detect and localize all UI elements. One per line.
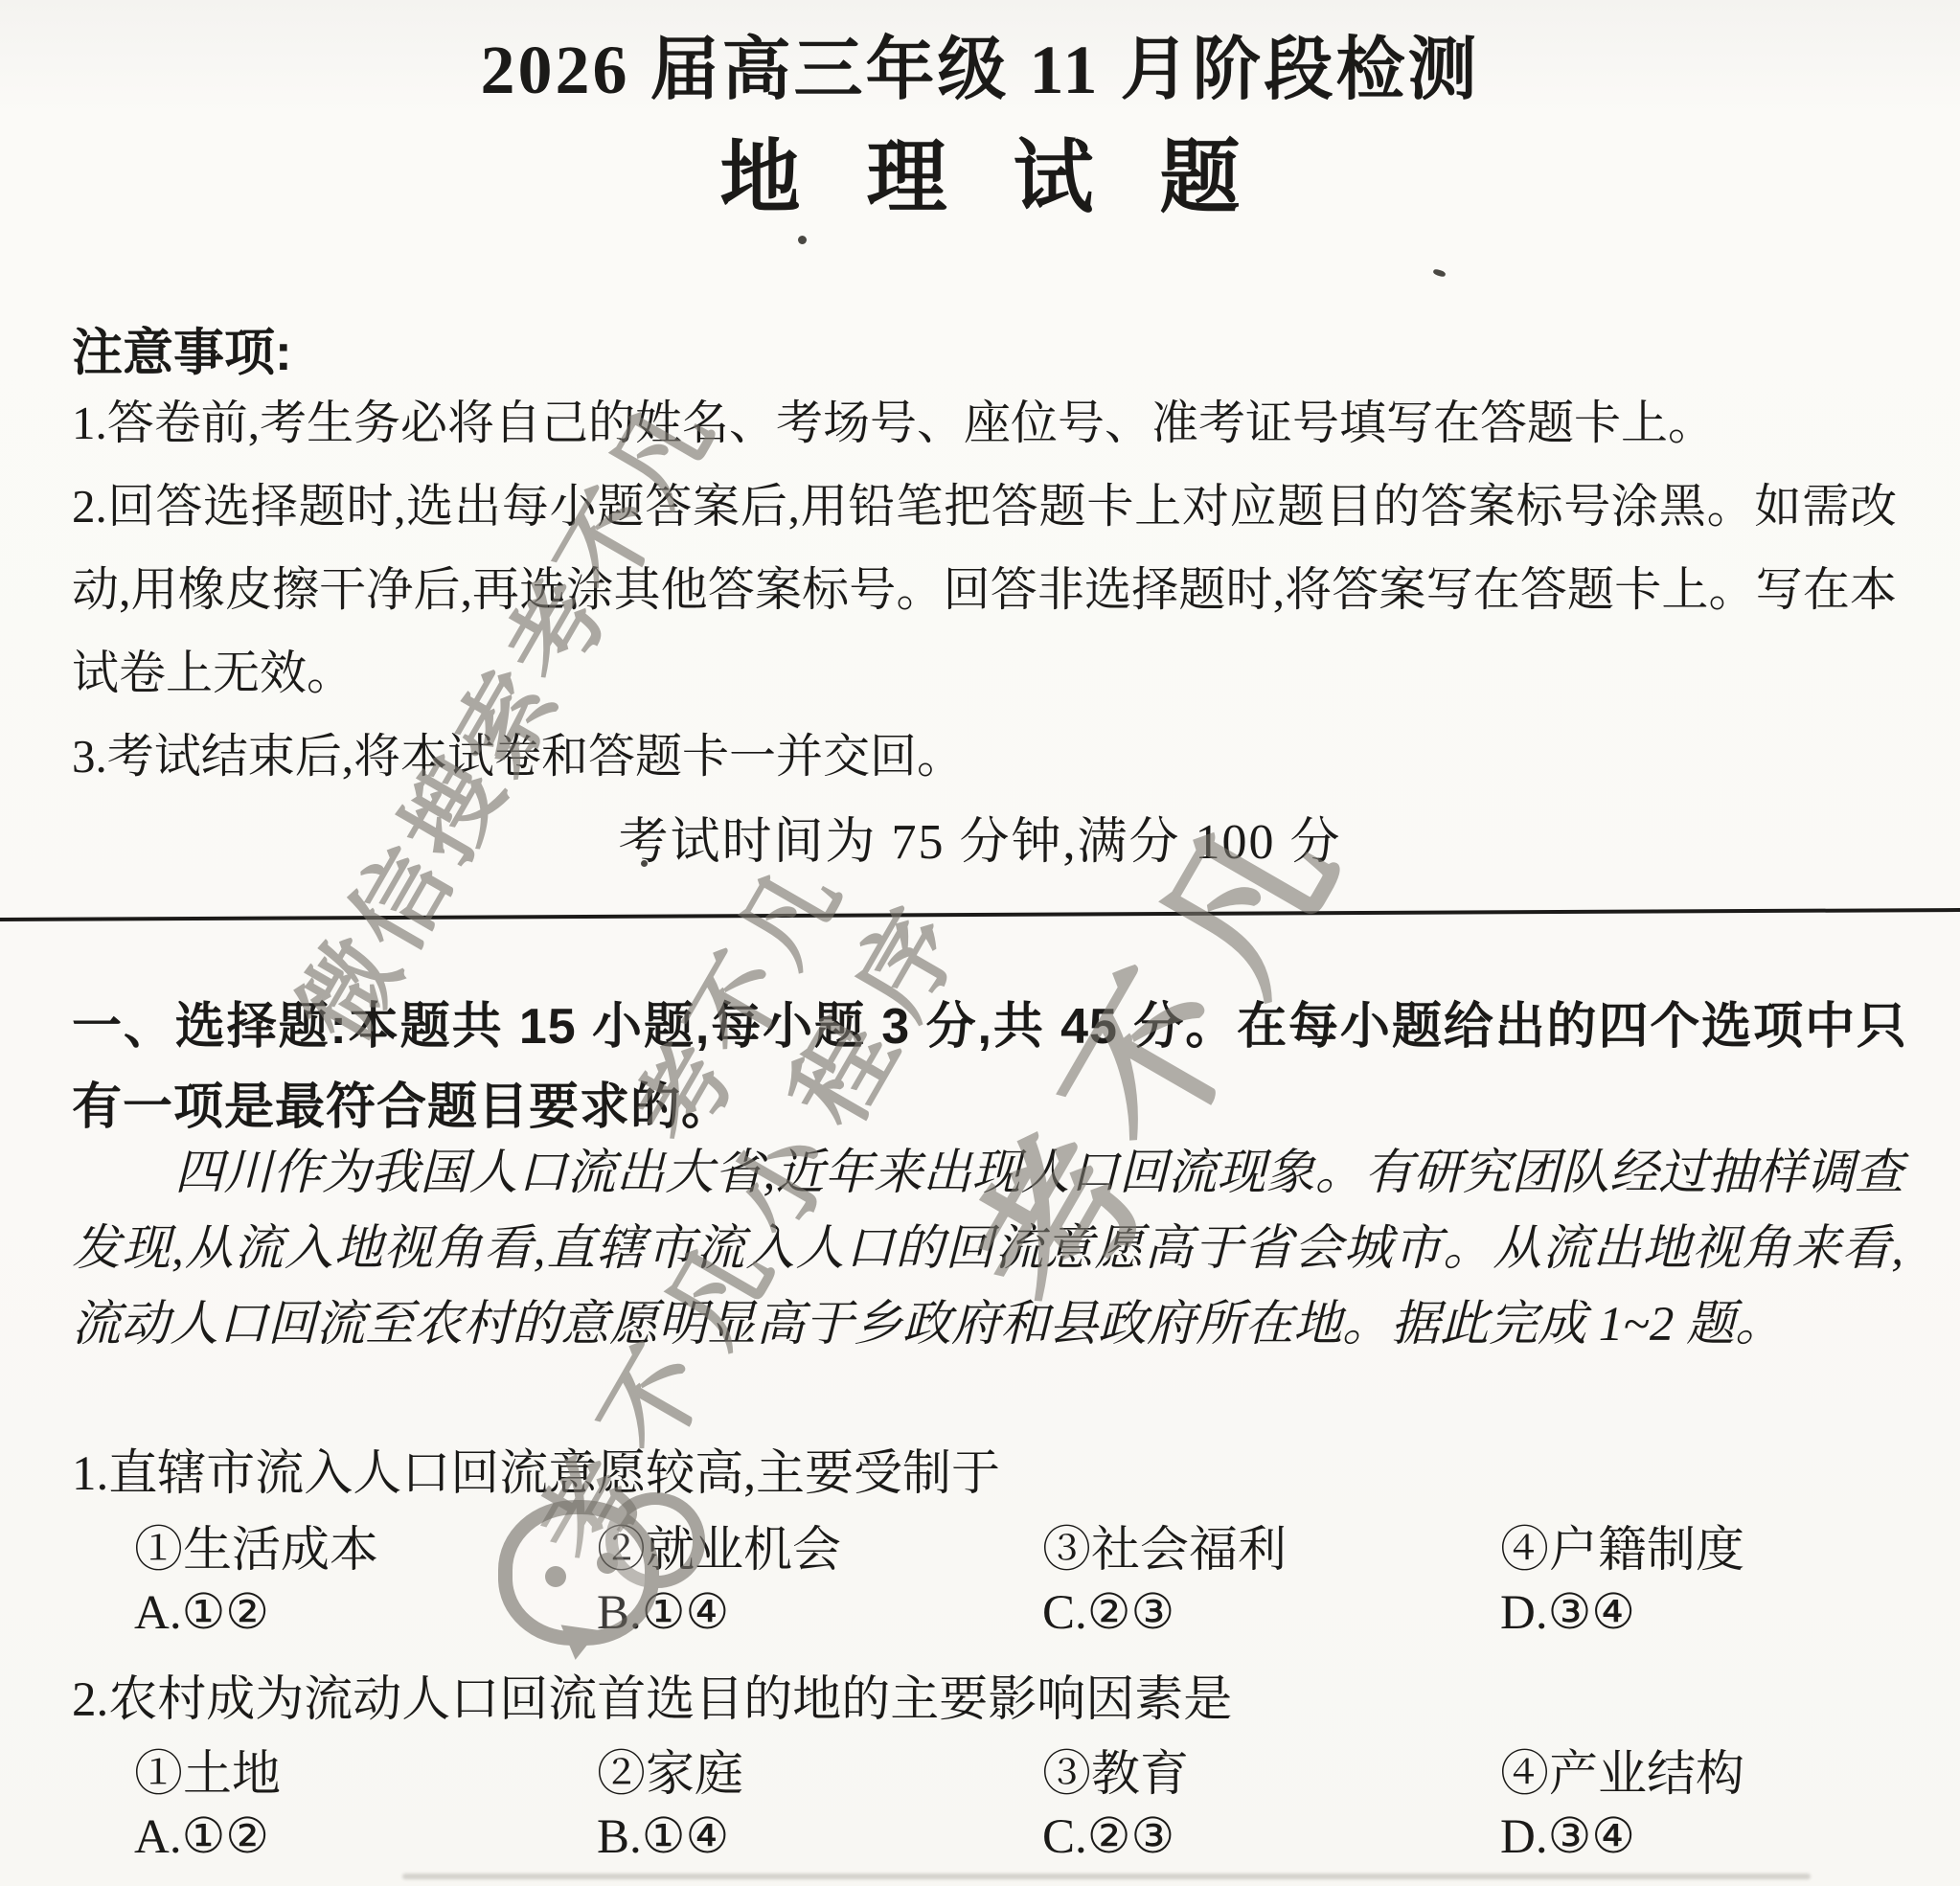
section-divider-rule [0,908,1960,921]
notice-heading: 注意事项: [72,312,292,385]
scan-speck [1432,268,1446,278]
notice-item-2: 2.回答选择题时,选出每小题答案后,用铅笔把答题卡上对应题目的答案标号涂黑。如需… [72,465,1897,715]
question-1-options: ①生活成本 ②就业机会 ③社会福利 ④户籍制度 [72,1510,1907,1580]
page-bottom-cutoff-artifact [402,1874,1811,1879]
question-2-choice-d: D.③④ [1500,1808,1907,1865]
question-2-choice-a: A.①② [134,1808,597,1865]
question-2-choice-c: C.②③ [1042,1808,1500,1865]
exam-duration-info: 考试时间为 75 分钟,满分 100 分 [0,801,1960,873]
question-1-choice-b: B.①④ [597,1584,1042,1641]
question-1-option-3: ③社会福利 [1042,1510,1500,1580]
question-2-stem: 2.农村成为流动人口回流首选目的地的主要影响因素是 [72,1659,1907,1730]
paper-title-line1: 2026 届高三年级 11 月阶段检测 [0,13,1960,113]
question-2-option-1: ①土地 [134,1734,597,1805]
notice-list: 1.答卷前,考生务必将自己的姓名、考场号、座位号、准考证号填写在答题卡上。 2.… [72,381,1897,798]
notice-item-3: 3.考试结束后,将本试卷和答题卡一并交回。 [72,715,1897,798]
question-2-choices: A.①② B.①④ C.②③ D.③④ [72,1808,1907,1865]
question-1-option-4: ④户籍制度 [1500,1510,1907,1580]
notice-item-1: 1.答卷前,考生务必将自己的姓名、考场号、座位号、准考证号填写在答题卡上。 [72,381,1897,465]
question-1-option-2: ②就业机会 [597,1510,1042,1580]
question-1-choice-a: A.①② [134,1584,597,1641]
reading-passage: 四川作为我国人口流出大省,近年来出现人口回流现象。有研究团队经过抽样调查发现,从… [72,1136,1903,1363]
question-1-choice-d: D.③④ [1500,1584,1907,1641]
question-1-stem: 1.直辖市流入人口回流意愿较高,主要受制于 [72,1433,1907,1504]
question-1-choices: A.①② B.①④ C.②③ D.③④ [72,1584,1907,1641]
question-1-choice-c: C.②③ [1042,1584,1500,1641]
question-2-option-3: ③教育 [1042,1734,1500,1805]
exam-paper-page: 微信搜索考不凡 考不凡 考不凡小程序 考不凡 2026 届高三年级 11 月阶段… [0,0,1960,1886]
question-1-option-1: ①生活成本 [134,1510,597,1580]
question-2-option-2: ②家庭 [597,1734,1042,1805]
section-heading: 一、选择题:本题共 15 小题,每小题 3 分,共 45 分。在每小题给出的四个… [72,987,1907,1148]
question-2-options: ①土地 ②家庭 ③教育 ④产业结构 [72,1734,1907,1805]
question-2-option-4: ④产业结构 [1500,1734,1907,1805]
paper-title-line2: 地 理 试 题 [0,113,1960,229]
question-2-choice-b: B.①④ [597,1808,1042,1865]
scan-speck [798,236,807,244]
